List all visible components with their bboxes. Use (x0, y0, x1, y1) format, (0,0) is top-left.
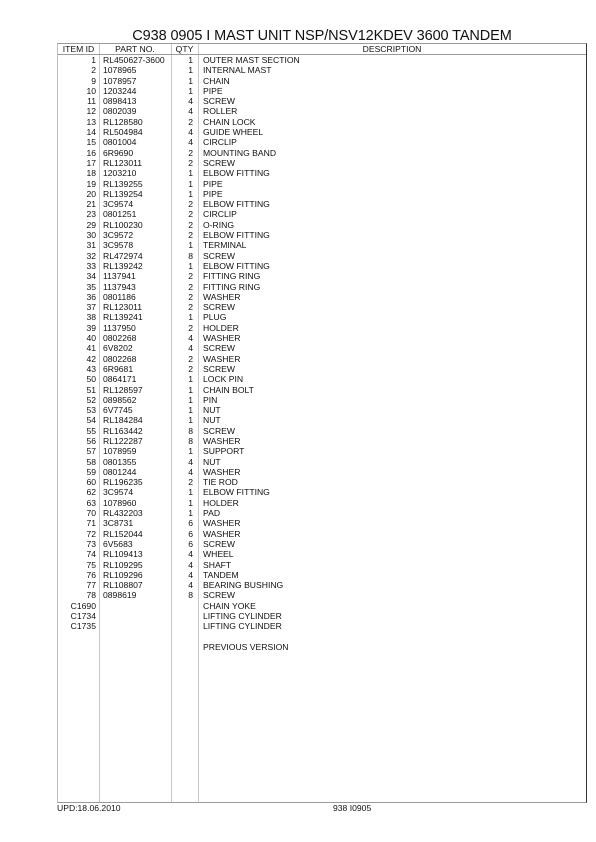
cell-part-no: 0898413 (103, 96, 136, 106)
cell-part-no: RL152044 (103, 529, 143, 539)
cell-description: LIFTING CYLINDER (203, 611, 282, 621)
cell-item-id: 12 (58, 106, 96, 116)
header-description: DESCRIPTION (198, 44, 586, 54)
table-row: 166R96902MOUNTING BAND (58, 148, 586, 158)
cell-item-id: 34 (58, 271, 96, 281)
table-row: 14RL5049844GUIDE WHEEL (58, 127, 586, 137)
table-row: 3411379412FITTING RING (58, 271, 586, 281)
cell-qty: 1 (172, 498, 193, 508)
cell-qty: 2 (172, 282, 193, 292)
cell-part-no: RL196235 (103, 477, 143, 487)
cell-part-no: 0898619 (103, 590, 136, 600)
cell-description: ELBOW FITTING (203, 487, 270, 497)
cell-part-no: RL100230 (103, 220, 143, 230)
cell-description: FITTING RING (203, 271, 260, 281)
table-row: 3911379502HOLDER (58, 323, 586, 333)
table-row: 32RL4729748SCREW (58, 251, 586, 261)
cell-part-no: 0898562 (103, 395, 136, 405)
cell-item-id: 58 (58, 457, 96, 467)
cell-item-id: 35 (58, 282, 96, 292)
table-row: 76RL1092964TANDEM (58, 570, 586, 580)
cell-item-id: 60 (58, 477, 96, 487)
cell-part-no: RL123011 (103, 158, 142, 168)
cell-description: CHAIN LOCK (203, 117, 256, 127)
cell-item-id: 23 (58, 209, 96, 219)
cell-item-id: 39 (58, 323, 96, 333)
table-row: 19RL1392551PIPE (58, 179, 586, 189)
cell-qty: 4 (172, 127, 193, 137)
cell-part-no: 0801004 (103, 137, 136, 147)
cell-item-id: 43 (58, 364, 96, 374)
cell-qty: 1 (172, 168, 193, 178)
cell-item-id: 55 (58, 426, 96, 436)
cell-part-no: 1078965 (103, 65, 136, 75)
cell-part-no: 3C9578 (103, 240, 133, 250)
cell-qty: 4 (172, 560, 193, 570)
cell-qty: 1 (172, 374, 193, 384)
cell-qty: 2 (172, 148, 193, 158)
cell-part-no: RL139242 (103, 261, 143, 271)
cell-item-id: 9 (58, 76, 96, 86)
cell-item-id: 50 (58, 374, 96, 384)
table-row: 303C95722ELBOW FITTING (58, 230, 586, 240)
cell-qty: 2 (172, 209, 193, 219)
cell-item-id: 74 (58, 549, 96, 559)
table-row: PREVIOUS VERSION (58, 642, 586, 652)
cell-item-id: 41 (58, 343, 96, 353)
page-title: C938 0905 I MAST UNIT NSP/NSV12KDEV 3600… (57, 28, 587, 44)
cell-description: CIRCLIP (203, 209, 237, 219)
cell-description: LIFTING CYLINDER (203, 621, 282, 631)
page-code: 938 I0905 (333, 803, 371, 814)
table-body: 1RL450627-36001OUTER MAST SECTION2107896… (58, 55, 586, 652)
table-row: 5908012444WASHER (58, 467, 586, 477)
cell-description: GUIDE WHEEL (203, 127, 263, 137)
cell-description: ELBOW FITTING (203, 261, 270, 271)
cell-description: TERMINAL (203, 240, 246, 250)
table-row: C1734LIFTING CYLINDER (58, 611, 586, 621)
cell-qty: 4 (172, 106, 193, 116)
cell-item-id: 18 (58, 168, 96, 178)
cell-qty: 1 (172, 179, 193, 189)
cell-part-no: 6V8202 (103, 343, 133, 353)
cell-qty: 1 (172, 86, 193, 96)
parts-table: ITEM ID PART NO. QTY DESCRIPTION 1RL4506… (57, 43, 587, 803)
cell-qty: 4 (172, 549, 193, 559)
table-row: 1508010044CIRCLIP (58, 137, 586, 147)
cell-item-id: 73 (58, 539, 96, 549)
cell-description: SUPPORT (203, 446, 244, 456)
cell-description: SCREW (203, 251, 235, 261)
cell-qty: 2 (172, 354, 193, 364)
cell-description: HOLDER (203, 498, 239, 508)
table-row: 5008641711LOCK PIN (58, 374, 586, 384)
table-row: 1108984134SCREW (58, 96, 586, 106)
cell-description: CHAIN (203, 76, 230, 86)
cell-qty: 2 (172, 158, 193, 168)
cell-item-id: 17 (58, 158, 96, 168)
cell-qty: 2 (172, 271, 193, 281)
cell-description: PLUG (203, 312, 226, 322)
header-part-no: PART NO. (99, 44, 171, 54)
table-row: 54RL1842841NUT (58, 415, 586, 425)
cell-part-no: RL450627-3600 (103, 55, 165, 65)
table-row: 5710789591SUPPORT (58, 446, 586, 456)
cell-qty: 2 (172, 323, 193, 333)
cell-qty: 1 (172, 385, 193, 395)
cell-description: WASHER (203, 436, 240, 446)
table-row: 29RL1002302O-RING (58, 220, 586, 230)
cell-qty: 4 (172, 457, 193, 467)
cell-item-id: 77 (58, 580, 96, 590)
cell-qty: 4 (172, 570, 193, 580)
cell-item-id: 30 (58, 230, 96, 240)
cell-item-id: 75 (58, 560, 96, 570)
cell-item-id: 13 (58, 117, 96, 127)
table-row: 33RL1392421ELBOW FITTING (58, 261, 586, 271)
table-row: 736V56836SCREW (58, 539, 586, 549)
cell-part-no: RL163442 (103, 426, 143, 436)
cell-item-id: 59 (58, 467, 96, 477)
cell-item-id: 32 (58, 251, 96, 261)
cell-description: SCREW (203, 364, 235, 374)
table-row: 1812032101ELBOW FITTING (58, 168, 586, 178)
cell-qty: 4 (172, 137, 193, 147)
cell-description: ELBOW FITTING (203, 168, 270, 178)
cell-description: ELBOW FITTING (203, 230, 270, 240)
cell-description: WASHER (203, 333, 240, 343)
cell-part-no: RL109295 (103, 560, 143, 570)
cell-description: PIPE (203, 179, 223, 189)
cell-part-no: 1203244 (103, 86, 136, 96)
cell-description: WHEEL (203, 549, 234, 559)
cell-part-no: 0864171 (103, 374, 136, 384)
table-row: 56RL1222878WASHER (58, 436, 586, 446)
cell-description: SCREW (203, 302, 235, 312)
cell-description: ROLLER (203, 106, 237, 116)
cell-part-no: RL109296 (103, 570, 143, 580)
cell-item-id: 52 (58, 395, 96, 405)
cell-description: ELBOW FITTING (203, 199, 270, 209)
table-row: 3608011862WASHER (58, 292, 586, 302)
cell-part-no: 6V7745 (103, 405, 133, 415)
cell-item-id: 76 (58, 570, 96, 580)
cell-description: SCREW (203, 343, 235, 353)
cell-part-no: 0801251 (103, 209, 136, 219)
cell-description: TANDEM (203, 570, 239, 580)
cell-item-id: 37 (58, 302, 96, 312)
cell-item-id: C1735 (58, 621, 96, 631)
cell-description: OUTER MAST SECTION (203, 55, 300, 65)
cell-item-id: 53 (58, 405, 96, 415)
cell-description: WASHER (203, 467, 240, 477)
update-date: UPD:18.06.2010 (57, 803, 121, 814)
cell-description: PIN (203, 395, 217, 405)
cell-qty: 4 (172, 467, 193, 477)
cell-qty: 8 (172, 436, 193, 446)
cell-part-no: 1137941 (103, 271, 136, 281)
cell-qty: 4 (172, 96, 193, 106)
cell-qty: 1 (172, 487, 193, 497)
cell-item-id: 14 (58, 127, 96, 137)
cell-part-no: RL184284 (103, 415, 143, 425)
table-row: 13RL1285802CHAIN LOCK (58, 117, 586, 127)
table-row: 51RL1285971CHAIN BOLT (58, 385, 586, 395)
cell-qty: 6 (172, 529, 193, 539)
cell-part-no: 3C8731 (103, 518, 133, 528)
table-row: 55RL1634428SCREW (58, 426, 586, 436)
table-row: 72RL1520446WASHER (58, 529, 586, 539)
cell-qty: 1 (172, 240, 193, 250)
cell-description: MOUNTING BAND (203, 148, 276, 158)
cell-item-id: 40 (58, 333, 96, 343)
cell-part-no: 0802039 (103, 106, 136, 116)
cell-item-id: 33 (58, 261, 96, 271)
cell-qty: 1 (172, 76, 193, 86)
header-qty: QTY (171, 44, 198, 54)
cell-description: O-RING (203, 220, 234, 230)
cell-item-id: 56 (58, 436, 96, 446)
table-row: 1012032441PIPE (58, 86, 586, 96)
cell-part-no: RL504984 (103, 127, 143, 137)
cell-part-no: 1137943 (103, 282, 136, 292)
table-row: 910789571CHAIN (58, 76, 586, 86)
table-row: 213C95742ELBOW FITTING (58, 199, 586, 209)
cell-item-id: 51 (58, 385, 96, 395)
table-row: 5808013554NUT (58, 457, 586, 467)
cell-item-id: 70 (58, 508, 96, 518)
cell-part-no: 1078959 (103, 446, 136, 456)
cell-item-id: 57 (58, 446, 96, 456)
cell-part-no: 0802268 (103, 333, 136, 343)
table-row: 4208022682WASHER (58, 354, 586, 364)
cell-part-no: 6R9681 (103, 364, 133, 374)
cell-item-id: 62 (58, 487, 96, 497)
table-row: 7808986198SCREW (58, 590, 586, 600)
cell-qty: 2 (172, 117, 193, 127)
cell-description: HOLDER (203, 323, 239, 333)
cell-description: WASHER (203, 529, 240, 539)
cell-item-id: 16 (58, 148, 96, 158)
table-row: 536V77451NUT (58, 405, 586, 415)
cell-qty: 6 (172, 539, 193, 549)
cell-qty: 4 (172, 580, 193, 590)
cell-item-id: 15 (58, 137, 96, 147)
cell-qty: 8 (172, 426, 193, 436)
cell-item-id: 63 (58, 498, 96, 508)
cell-description: NUT (203, 415, 221, 425)
cell-description: CHAIN YOKE (203, 601, 256, 611)
cell-description: SCREW (203, 426, 235, 436)
cell-qty: 2 (172, 230, 193, 240)
table-row: 1RL450627-36001OUTER MAST SECTION (58, 55, 586, 65)
cell-part-no: RL139255 (103, 179, 143, 189)
cell-part-no: RL139254 (103, 189, 143, 199)
cell-part-no: RL108807 (103, 580, 143, 590)
cell-description: PAD (203, 508, 220, 518)
cell-part-no: RL128580 (103, 117, 143, 127)
cell-part-no: RL122287 (103, 436, 143, 446)
cell-part-no: 0801355 (103, 457, 136, 467)
cell-part-no: 0801186 (103, 292, 136, 302)
cell-qty: 1 (172, 508, 193, 518)
cell-part-no: RL128597 (103, 385, 143, 395)
table-row: 20RL1392541PIPE (58, 189, 586, 199)
cell-part-no: 3C9574 (103, 487, 133, 497)
cell-qty: 2 (172, 302, 193, 312)
cell-description: SCREW (203, 539, 235, 549)
cell-qty: 1 (172, 65, 193, 75)
cell-description: FITTING RING (203, 282, 260, 292)
cell-description: PIPE (203, 86, 223, 96)
cell-item-id: 36 (58, 292, 96, 302)
cell-qty: 4 (172, 343, 193, 353)
cell-qty: 1 (172, 395, 193, 405)
cell-item-id: 38 (58, 312, 96, 322)
cell-item-id: 21 (58, 199, 96, 209)
cell-qty: 1 (172, 55, 193, 65)
cell-description: SCREW (203, 590, 235, 600)
cell-part-no: 6R9690 (103, 148, 133, 158)
cell-qty: 2 (172, 220, 193, 230)
cell-qty: 6 (172, 518, 193, 528)
cell-part-no: RL472974 (103, 251, 143, 261)
cell-part-no: RL432203 (103, 508, 143, 518)
cell-item-id: 19 (58, 179, 96, 189)
cell-description: LOCK PIN (203, 374, 243, 384)
table-row: 3511379432FITTING RING (58, 282, 586, 292)
cell-part-no: 1203210 (103, 168, 136, 178)
cell-description: WASHER (203, 292, 240, 302)
cell-qty: 1 (172, 189, 193, 199)
table-row: 210789651INTERNAL MAST (58, 65, 586, 75)
cell-part-no: 0802268 (103, 354, 136, 364)
cell-qty: 8 (172, 251, 193, 261)
cell-item-id: 11 (58, 96, 96, 106)
cell-qty: 1 (172, 405, 193, 415)
cell-part-no: 6V5683 (103, 539, 133, 549)
cell-item-id: 71 (58, 518, 96, 528)
table-row: 416V82024SCREW (58, 343, 586, 353)
cell-part-no: 1078957 (103, 76, 136, 86)
cell-item-id: 20 (58, 189, 96, 199)
cell-qty: 4 (172, 333, 193, 343)
cell-qty: 2 (172, 477, 193, 487)
cell-item-id: C1690 (58, 601, 96, 611)
cell-part-no: RL109413 (103, 549, 143, 559)
cell-description: SCREW (203, 158, 235, 168)
cell-part-no: 3C9572 (103, 230, 133, 240)
cell-item-id: 2 (58, 65, 96, 75)
cell-item-id: C1734 (58, 611, 96, 621)
cell-description: SHAFT (203, 560, 231, 570)
table-row (58, 632, 586, 642)
cell-qty: 1 (172, 446, 193, 456)
cell-item-id: 42 (58, 354, 96, 364)
table-row: 17RL1230112SCREW (58, 158, 586, 168)
cell-item-id: 29 (58, 220, 96, 230)
cell-qty: 8 (172, 590, 193, 600)
table-row: 713C87316WASHER (58, 518, 586, 528)
cell-item-id: 72 (58, 529, 96, 539)
table-row: 38RL1392411PLUG (58, 312, 586, 322)
cell-part-no: 3C9574 (103, 199, 133, 209)
cell-description: CIRCLIP (203, 137, 237, 147)
cell-part-no: RL123011 (103, 302, 142, 312)
cell-description: WASHER (203, 518, 240, 528)
table-row: 6310789601HOLDER (58, 498, 586, 508)
table-row: 74RL1094134WHEEL (58, 549, 586, 559)
cell-description: SCREW (203, 96, 235, 106)
cell-description: TIE ROD (203, 477, 238, 487)
table-row: 2308012512CIRCLIP (58, 209, 586, 219)
cell-description: WASHER (203, 354, 240, 364)
table-row: 313C95781TERMINAL (58, 240, 586, 250)
table-row: C1690CHAIN YOKE (58, 601, 586, 611)
table-row: 75RL1092954SHAFT (58, 560, 586, 570)
cell-description: INTERNAL MAST (203, 65, 271, 75)
table-header: ITEM ID PART NO. QTY DESCRIPTION (58, 44, 586, 55)
table-row: 4008022684WASHER (58, 333, 586, 343)
cell-part-no: 0801244 (103, 467, 136, 477)
table-row: 77RL1088074BEARING BUSHING (58, 580, 586, 590)
cell-qty: 1 (172, 415, 193, 425)
table-row: 70RL4322031PAD (58, 508, 586, 518)
cell-item-id: 78 (58, 590, 96, 600)
table-row: 623C95741ELBOW FITTING (58, 487, 586, 497)
table-row: 60RL1962352TIE ROD (58, 477, 586, 487)
cell-description: NUT (203, 405, 221, 415)
cell-item-id: 54 (58, 415, 96, 425)
cell-qty: 2 (172, 199, 193, 209)
cell-qty: 2 (172, 364, 193, 374)
header-item-id: ITEM ID (58, 44, 99, 54)
cell-qty: 1 (172, 261, 193, 271)
cell-part-no: 1137950 (103, 323, 136, 333)
cell-item-id: 31 (58, 240, 96, 250)
cell-description: BEARING BUSHING (203, 580, 283, 590)
table-row: 1208020394ROLLER (58, 106, 586, 116)
table-row: 37RL1230112SCREW (58, 302, 586, 312)
cell-item-id: 10 (58, 86, 96, 96)
table-row: 436R96812SCREW (58, 364, 586, 374)
cell-part-no: RL139241 (103, 312, 143, 322)
cell-item-id: 1 (58, 55, 96, 65)
table-row: C1735LIFTING CYLINDER (58, 621, 586, 631)
cell-qty: 2 (172, 292, 193, 302)
cell-qty: 1 (172, 312, 193, 322)
cell-description: PIPE (203, 189, 223, 199)
table-row: 5208985621PIN (58, 395, 586, 405)
cell-description: NUT (203, 457, 221, 467)
cell-description: CHAIN BOLT (203, 385, 254, 395)
cell-description: PREVIOUS VERSION (203, 642, 288, 652)
cell-part-no: 1078960 (103, 498, 136, 508)
